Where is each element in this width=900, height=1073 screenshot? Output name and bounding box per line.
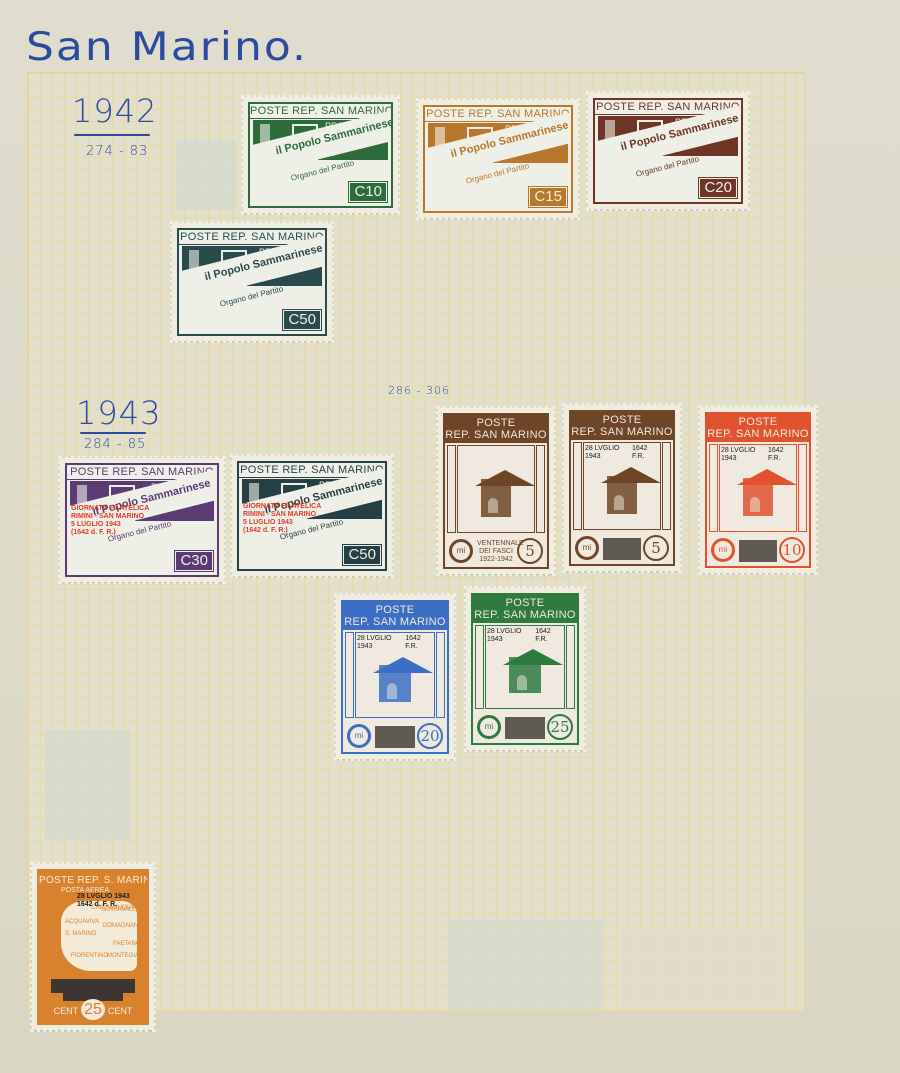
stamp-design: POSTE REP. SAN MARINOPROPAGANDA STAMPAil… [423,105,573,213]
album-page: San Marino. 1942 274 - 83 1943 284 - 85 … [0,0,900,1073]
currency-emblem: mi [449,539,473,563]
currency-emblem: mi [477,715,501,739]
fasces-column-icon [709,444,718,532]
stamp-value: 10 [779,537,805,563]
currency-emblem: mi [575,536,599,560]
tower-door-icon [614,495,623,510]
currency-label: CENT [54,1006,79,1016]
section-year-1942: 1942 [72,92,157,130]
stamp-tower-25: POSTEREP. SAN MARINOmi2528 LVGLIO 194316… [466,588,584,750]
legend-line: DEI FASCI [477,548,515,556]
overprint-line: GIORNATA FILATELICA [71,505,149,513]
obliterating-bar [51,979,135,993]
overprint-line: 5 LUGLIO 1943 [243,519,321,527]
stamp-value: 25 [547,714,573,740]
stamp-header: POSTEREP. SAN MARINO [707,414,809,442]
fasces-column-icon [573,442,582,530]
black-overprint: 28 LVGLIO 19431642 F.R. [585,445,659,461]
tower-door-icon [488,498,497,513]
stamp-bottom: mi5VENTENNALEDEI FASCI1922-1942 [445,535,547,567]
overprint-line: GIORNATA FILATELICA [243,503,321,511]
stamp-header: POSTEREP. SAN MARINO [473,595,577,623]
overprint-line: 1642 F.R. [535,628,563,644]
currency-emblem: mi [711,538,735,562]
stamp-legend: VENTENNALEDEI FASCI1922-1942 [477,540,515,564]
stamp-header-line: POSTE [445,417,547,429]
stamp-design: POSTEREP. SAN MARINOmi1028 LVGLIO 194316… [705,412,811,568]
fasces-column-icon [662,442,671,530]
stamp-design: POSTEREP. SAN MARINOmi2028 LVGLIO 194316… [341,600,449,754]
stamp-airmail-25: POSTE REP. S. MARINOPOSTA AEREASERRAVALL… [32,864,154,1030]
overprint-line: RIMINI - SAN MARINO [71,513,149,521]
overprint-line: 1642 d. F. R. [77,901,130,909]
tower-scene [457,445,535,533]
stamp-value: C10 [349,182,387,202]
obliterating-bar [739,540,777,562]
stamp-value: 20 [417,723,443,749]
overprint-line: 1642 F.R. [632,445,659,461]
map-town-label: DOMAGNANO [103,923,143,929]
black-overprint: 28 LVGLIO 19431642 F.R. [487,628,563,644]
stamp-value: C20 [699,178,737,198]
legend-line: VENTENNALE [477,540,515,548]
faint-mark [176,140,236,210]
tower-door-icon [517,675,526,690]
stamp-header-line: REP. SAN MARINO [571,426,673,438]
stamp-tower-5: POSTEREP. SAN MARINOmi5VENTENNALEDEI FAS… [438,408,554,574]
overprint-line: 1642 F.R. [768,447,795,463]
stamp-header-line: REP. SAN MARINO [343,616,447,628]
stamp-header-line: REP. SAN MARINO [445,429,547,441]
stamp-design: POSTE REP. SAN MARINOPROPAGANDA STAMPAil… [237,461,387,571]
black-overprint: 28 LVGLIO 19431642 F.R. [357,635,433,651]
stamp-propaganda-10: POSTE REP. SAN MARINOPROPAGANDA STAMPAil… [243,97,398,213]
stamp-design: POSTE REP. SAN MARINOPROPAGANDA STAMPAil… [65,463,219,577]
red-overprint: GIORNATA FILATELICARIMINI - SAN MARINO5 … [71,505,149,537]
overprint-line: (1642 d. F. R.) [243,527,321,535]
map-town-label: FIORENTINO [71,953,108,959]
stamp-bottom: mi25 [473,711,577,743]
currency-label: CENT [108,1006,133,1016]
catalogue-range-ventennale: 286 - 306 [388,384,450,397]
stamp-value-row: CENT25CENT [39,1001,147,1019]
stamp-tower-5: POSTEREP. SAN MARINOmi528 LVGLIO 1943164… [564,405,680,571]
stamp-value: 5 [643,535,669,561]
obliterating-bar [603,538,641,560]
map-town-label: FAETANO [113,941,141,947]
san-marino-map: SERRAVALLEACQUAVIVADOMAGNANOS. MARINOFAE… [61,901,137,971]
overprint-line: 28 LVGLIO 1943 [487,628,535,644]
catalogue-range-1943: 284 - 85 [84,437,146,452]
year-underline [74,134,150,136]
obliterating-bar [375,726,415,748]
fasces-column-icon [447,445,456,533]
black-overprint: 28 LVGLIO 19431642 d. F. R. [77,893,130,909]
page-title: San Marino. [26,24,308,70]
catalogue-range-1942: 274 - 83 [86,144,148,159]
stamp-value: 25 [81,999,105,1020]
stamp-design: POSTE REP. S. MARINOPOSTA AEREASERRAVALL… [37,869,149,1025]
stamp-value: C50 [343,545,381,565]
fasces-column-icon [536,445,545,533]
stamp-header-line: REP. SAN MARINO [707,428,809,440]
stamp-header-line: POSTE [571,414,673,426]
currency-emblem: mi [347,724,371,748]
overprint-line: 28 LVGLIO 1943 [357,635,405,651]
stamp-header: POSTEREP. SAN MARINO [571,412,673,440]
overprint-line: 28 LVGLIO 1943 [585,445,632,461]
stamp-design: POSTEREP. SAN MARINOmi528 LVGLIO 1943164… [569,410,675,566]
obliterating-bar [505,717,545,739]
map-town-label: S. MARINO [65,931,96,937]
overprint-line: RIMINI - SAN MARINO [243,511,321,519]
fasces-column-icon [566,625,575,709]
stamp-value: C50 [283,310,321,330]
stamp-value: C30 [175,551,213,571]
stamp-header-line: POSTE [343,604,447,616]
stamp-bottom: mi5 [571,532,673,564]
fasces-column-icon [345,632,354,718]
stamp-propaganda-15: POSTE REP. SAN MARINOPROPAGANDA STAMPAil… [418,100,578,218]
overprint-line: 1642 F.R. [405,635,433,651]
map-town-label: MONTEGIARDINO [107,953,149,959]
stamp-design: POSTEREP. SAN MARINOmi5VENTENNALEDEI FAS… [443,413,549,569]
red-overprint: GIORNATA FILATELICARIMINI - SAN MARINO5 … [243,503,321,535]
section-year-1943: 1943 [76,394,161,432]
stamp-header: POSTEREP. SAN MARINO [343,602,447,630]
tower-door-icon [387,683,396,698]
stamp-bottom: mi20 [343,720,447,752]
stamp-header-line: POSTE [707,416,809,428]
overprint-line: 5 LUGLIO 1943 [71,521,149,529]
map-town-label: ACQUAVIVA [65,919,99,925]
stamp-design: POSTEREP. SAN MARINOmi2528 LVGLIO 194316… [471,593,579,745]
stamp-design: POSTE REP. SAN MARINOPROPAGANDA STAMPAil… [593,98,743,204]
stamp-header: POSTEREP. SAN MARINO [445,415,547,443]
stamp-propaganda-20: POSTE REP. SAN MARINOPROPAGANDA STAMPAil… [588,93,748,209]
stamp-tower-10: POSTEREP. SAN MARINOmi1028 LVGLIO 194316… [700,407,816,573]
stamp-value: C15 [529,187,567,207]
stamp-design: POSTE REP. SAN MARINOPROPAGANDA STAMPAil… [248,102,393,208]
stamp-tower-20: POSTEREP. SAN MARINOmi2028 LVGLIO 194316… [336,595,454,759]
fasces-column-icon [475,625,484,709]
overprint-line: 28 LVGLIO 1943 [721,447,768,463]
black-overprint: 28 LVGLIO 19431642 F.R. [721,447,795,463]
fasces-column-icon [798,444,807,532]
tower-door-icon [750,497,759,512]
stamp-propaganda-30: POSTE REP. SAN MARINOPROPAGANDA STAMPAil… [60,458,224,582]
overprint-line: 28 LVGLIO 1943 [77,893,130,901]
stamp-header-line: REP. SAN MARINO [473,609,577,621]
overprint-line: (1642 d. F. R.) [71,529,149,537]
legend-line: 1922-1942 [477,556,515,564]
faint-mark [448,920,603,1010]
faint-mark [45,730,130,840]
stamp-bottom: mi10 [707,534,809,566]
stamp-propaganda-50: POSTE REP. SAN MARINOPROPAGANDA STAMPAil… [232,456,392,576]
stamp-header-line: POSTE [473,597,577,609]
fasces-column-icon [436,632,445,718]
year-underline [80,432,146,434]
stamp-design: POSTE REP. SAN MARINOPROPAGANDA STAMPAil… [177,228,327,336]
faint-mark [622,930,782,1010]
stamp-propaganda-50: POSTE REP. SAN MARINOPROPAGANDA STAMPAil… [172,223,332,341]
